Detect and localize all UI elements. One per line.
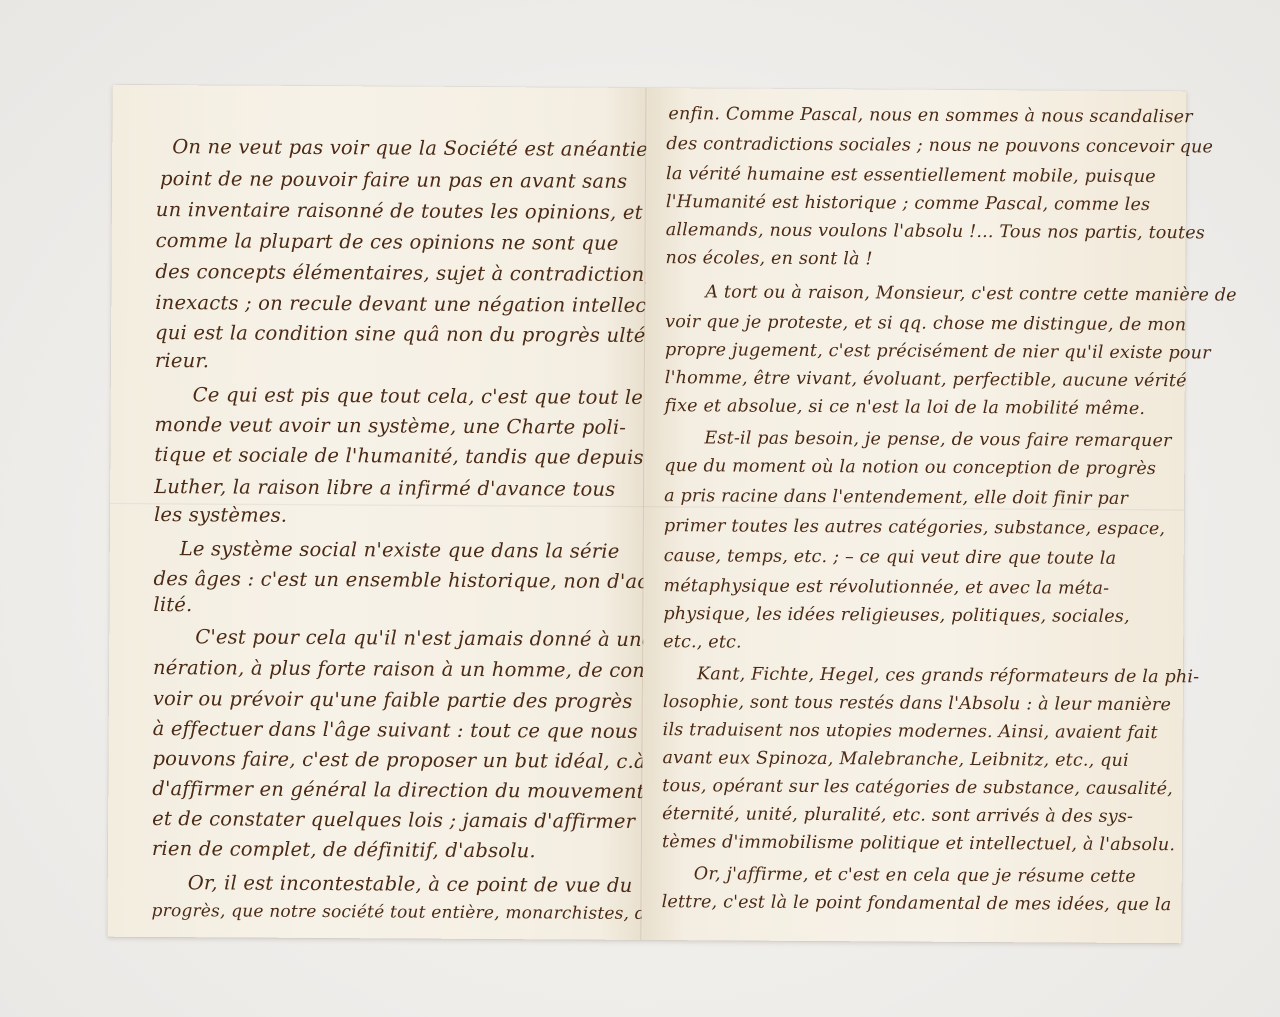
left-page: On ne veut pas voir que la Société est a… — [107, 85, 646, 940]
text-line: lettre, c'est là le point fondamental de… — [662, 894, 1172, 915]
text-line: nération, à plus forte raison à un homme… — [153, 658, 675, 681]
text-line: voir ou prévoir qu'une faible partie des… — [153, 689, 633, 711]
text-line: les systèmes. — [154, 505, 287, 525]
text-line: ils traduisent nos utopies modernes. Ain… — [663, 722, 1158, 743]
text-line: tous, opérant sur les catégories de subs… — [662, 778, 1173, 799]
text-line: etc., etc. — [663, 634, 742, 652]
text-line: lité. — [153, 595, 192, 615]
text-line: rien de complet, de définitif, d'absolu. — [152, 839, 536, 861]
text-line: la vérité humaine est essentiellement mo… — [666, 166, 1156, 186]
text-line: physique, les idées religieuses, politiq… — [663, 606, 1129, 626]
text-line: Luther, la raison libre a infirmé d'avan… — [154, 477, 615, 499]
text-line: pouvons faire, c'est de proposer un but … — [152, 749, 671, 772]
text-line: point de ne pouvoir faire un pas en avan… — [160, 169, 627, 191]
text-line: éternité, unité, pluralité, etc. sont ar… — [662, 806, 1133, 826]
right-page: enfin. Comme Pascal, nous en sommes à no… — [641, 88, 1186, 943]
text-line: Or, il est incontestable, à ce point de … — [188, 873, 633, 895]
text-line: primer toutes les autres catégories, sub… — [664, 518, 1165, 539]
text-line: A tort ou à raison, Monsieur, c'est cont… — [705, 284, 1237, 305]
text-line: On ne veut pas voir que la Société est a… — [172, 137, 679, 160]
text-line: Kant, Fichte, Hegel, ces grands réformat… — [697, 666, 1199, 687]
text-line: avant eux Spinoza, Malebranche, Leibnitz… — [662, 750, 1128, 770]
text-line: qui est la condition sine quâ non du pro… — [155, 323, 652, 346]
text-line: des concepts élémentaires, sujet à contr… — [155, 262, 650, 285]
text-line: nos écoles, en sont là ! — [666, 250, 873, 269]
text-line: Le système social n'existe que dans la s… — [180, 539, 620, 561]
text-line: métaphysique est révolutionnée, et avec … — [664, 578, 1110, 598]
text-line: rieur. — [155, 351, 209, 371]
text-line: d'affirmer en général la direction du mo… — [152, 779, 651, 802]
text-line: à effectuer dans l'âge suivant : tout ce… — [153, 719, 638, 741]
text-line: Est-il pas besoin, je pense, de vous fai… — [704, 430, 1171, 450]
text-line: enfin. Comme Pascal, nous en sommes à no… — [668, 106, 1192, 127]
text-line: tèmes d'immobilisme politique et intelle… — [662, 834, 1175, 855]
text-line: propre jugement, c'est précisément de ni… — [665, 342, 1211, 363]
text-line: comme la plupart de ces opinions ne sont… — [156, 231, 619, 253]
text-line: C'est pour cela qu'il n'est jamais donné… — [195, 627, 691, 650]
text-line: Or, j'affirme, et c'est en cela que je r… — [694, 866, 1136, 886]
text-line: Ce qui est pis que tout cela, c'est que … — [193, 385, 643, 407]
text-line: inexacts ; on recule devant une négation… — [155, 293, 710, 316]
text-line: des âges : c'est un ensemble historique,… — [154, 569, 688, 592]
text-line: et de constater quelques lois ; jamais d… — [152, 809, 635, 831]
text-line: voir que je proteste, et si qq. chose me… — [665, 314, 1186, 335]
text-line: des contradictions sociales ; nous ne po… — [666, 136, 1213, 157]
text-line: que du moment où la notion ou conception… — [664, 458, 1156, 479]
text-line: l'Humanité est historique ; comme Pascal… — [666, 194, 1150, 214]
text-line: monde veut avoir un système, une Charte … — [154, 415, 626, 437]
text-line: losophie, sont tous restés dans l'Absolu… — [663, 694, 1171, 715]
text-line: allemands, nous voulons l'absolu !... To… — [666, 222, 1205, 243]
text-line: un inventaire raisonné de toutes les opi… — [156, 200, 643, 222]
text-line: tique et sociale de l'humanité, tandis q… — [154, 445, 644, 467]
text-line: a pris racine dans l'entendement, elle d… — [664, 488, 1128, 508]
text-line: l'homme, être vivant, évoluant, perfecti… — [665, 370, 1187, 391]
text-line: progrès, que notre société tout entière,… — [152, 903, 689, 923]
manuscript-letter: On ne veut pas voir que la Société est a… — [107, 85, 1186, 944]
text-line: fixe et absolue, si ce n'est la loi de l… — [665, 398, 1146, 418]
text-line: cause, temps, etc. ; – ce qui veut dire … — [664, 548, 1117, 568]
